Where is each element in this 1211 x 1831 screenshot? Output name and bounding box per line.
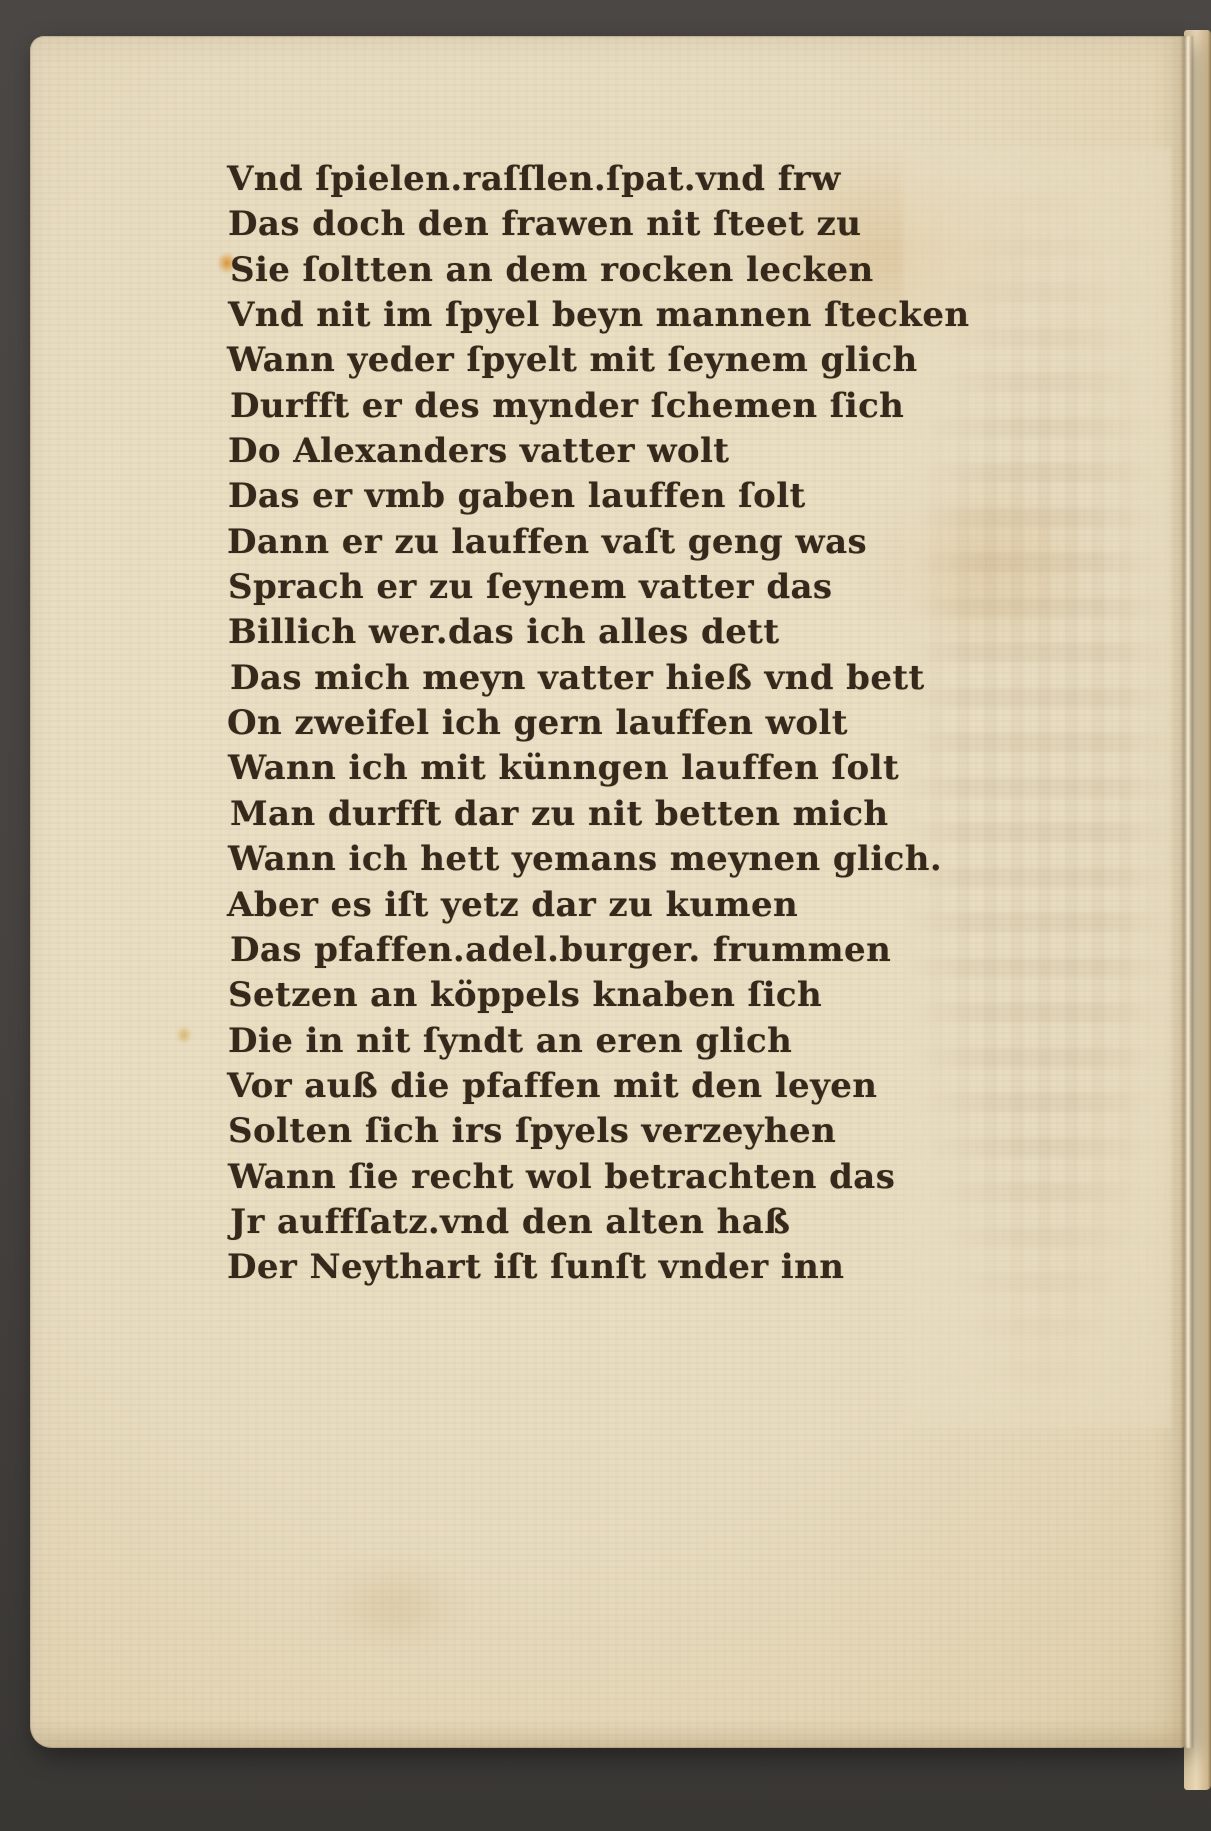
verse-line: Durfft er des mynder ſchemen ſich <box>230 384 1070 429</box>
page-crease <box>1180 36 1193 1748</box>
verse-line: Do Alexanders vatter wolt <box>228 429 1068 474</box>
verse-line: Vnd ſpielen.raſſlen.ſpat.vnd frw <box>227 157 1067 202</box>
verse-text-block: Vnd ſpielen.raſſlen.ſpat.vnd frw Das doc… <box>228 157 1068 1291</box>
paper-stain <box>176 1026 192 1044</box>
verse-line: Wann yeder ſpyelt mit ſeynem glich <box>227 338 1067 383</box>
verse-line: Das er vmb gaben lauffen ſolt <box>228 474 1068 519</box>
verse-line: Das pfaffen.adel.burger. frummen <box>230 928 1070 973</box>
verse-line: Der Neythart iſt ſunſt vnder inn <box>227 1245 1067 1290</box>
verse-line: Man durfft dar zu nit betten mich <box>230 792 1070 837</box>
verse-line: On zweifel ich gern lauffen wolt <box>227 701 1067 746</box>
verse-line: Wann ich hett yemans meynen glich. <box>228 837 1068 882</box>
verse-line: Billich wer.das ich alles dett <box>228 610 1068 655</box>
verse-line: Das mich meyn vatter hieß vnd bett <box>230 656 1070 701</box>
verse-line: Dann er zu lauffen vaſt geng was <box>227 520 1067 565</box>
verse-line: Sie ſoltten an dem rocken lecken <box>230 248 1070 293</box>
verse-line: Wann ich mit künngen lauffen ſolt <box>228 746 1068 791</box>
verse-line: Aber es iſt yetz dar zu kumen <box>227 883 1067 928</box>
verse-line: Vor auß die pfaffen mit den leyen <box>227 1064 1067 1109</box>
verse-line: Solten ſich irs ſpyels verzeyhen <box>228 1109 1068 1154</box>
verse-line: Vnd nit im ſpyel beyn mannen ſtecken <box>228 293 1068 338</box>
verse-line: Jr auffſatz.vnd den alten haß <box>230 1200 1070 1245</box>
verse-line: Setzen an köppels knaben ſich <box>228 973 1068 1018</box>
verse-line: Wann ſie recht wol betrachten das <box>228 1155 1068 1200</box>
verse-line: Sprach er zu ſeynem vatter das <box>228 565 1068 610</box>
book-scan: Vnd ſpielen.raſſlen.ſpat.vnd frw Das doc… <box>0 0 1211 1831</box>
paper-stain <box>320 1560 470 1650</box>
verse-line: Die in nit ſyndt an eren glich <box>228 1019 1068 1064</box>
verse-line: Das doch den frawen nit ſteet zu <box>228 202 1068 247</box>
